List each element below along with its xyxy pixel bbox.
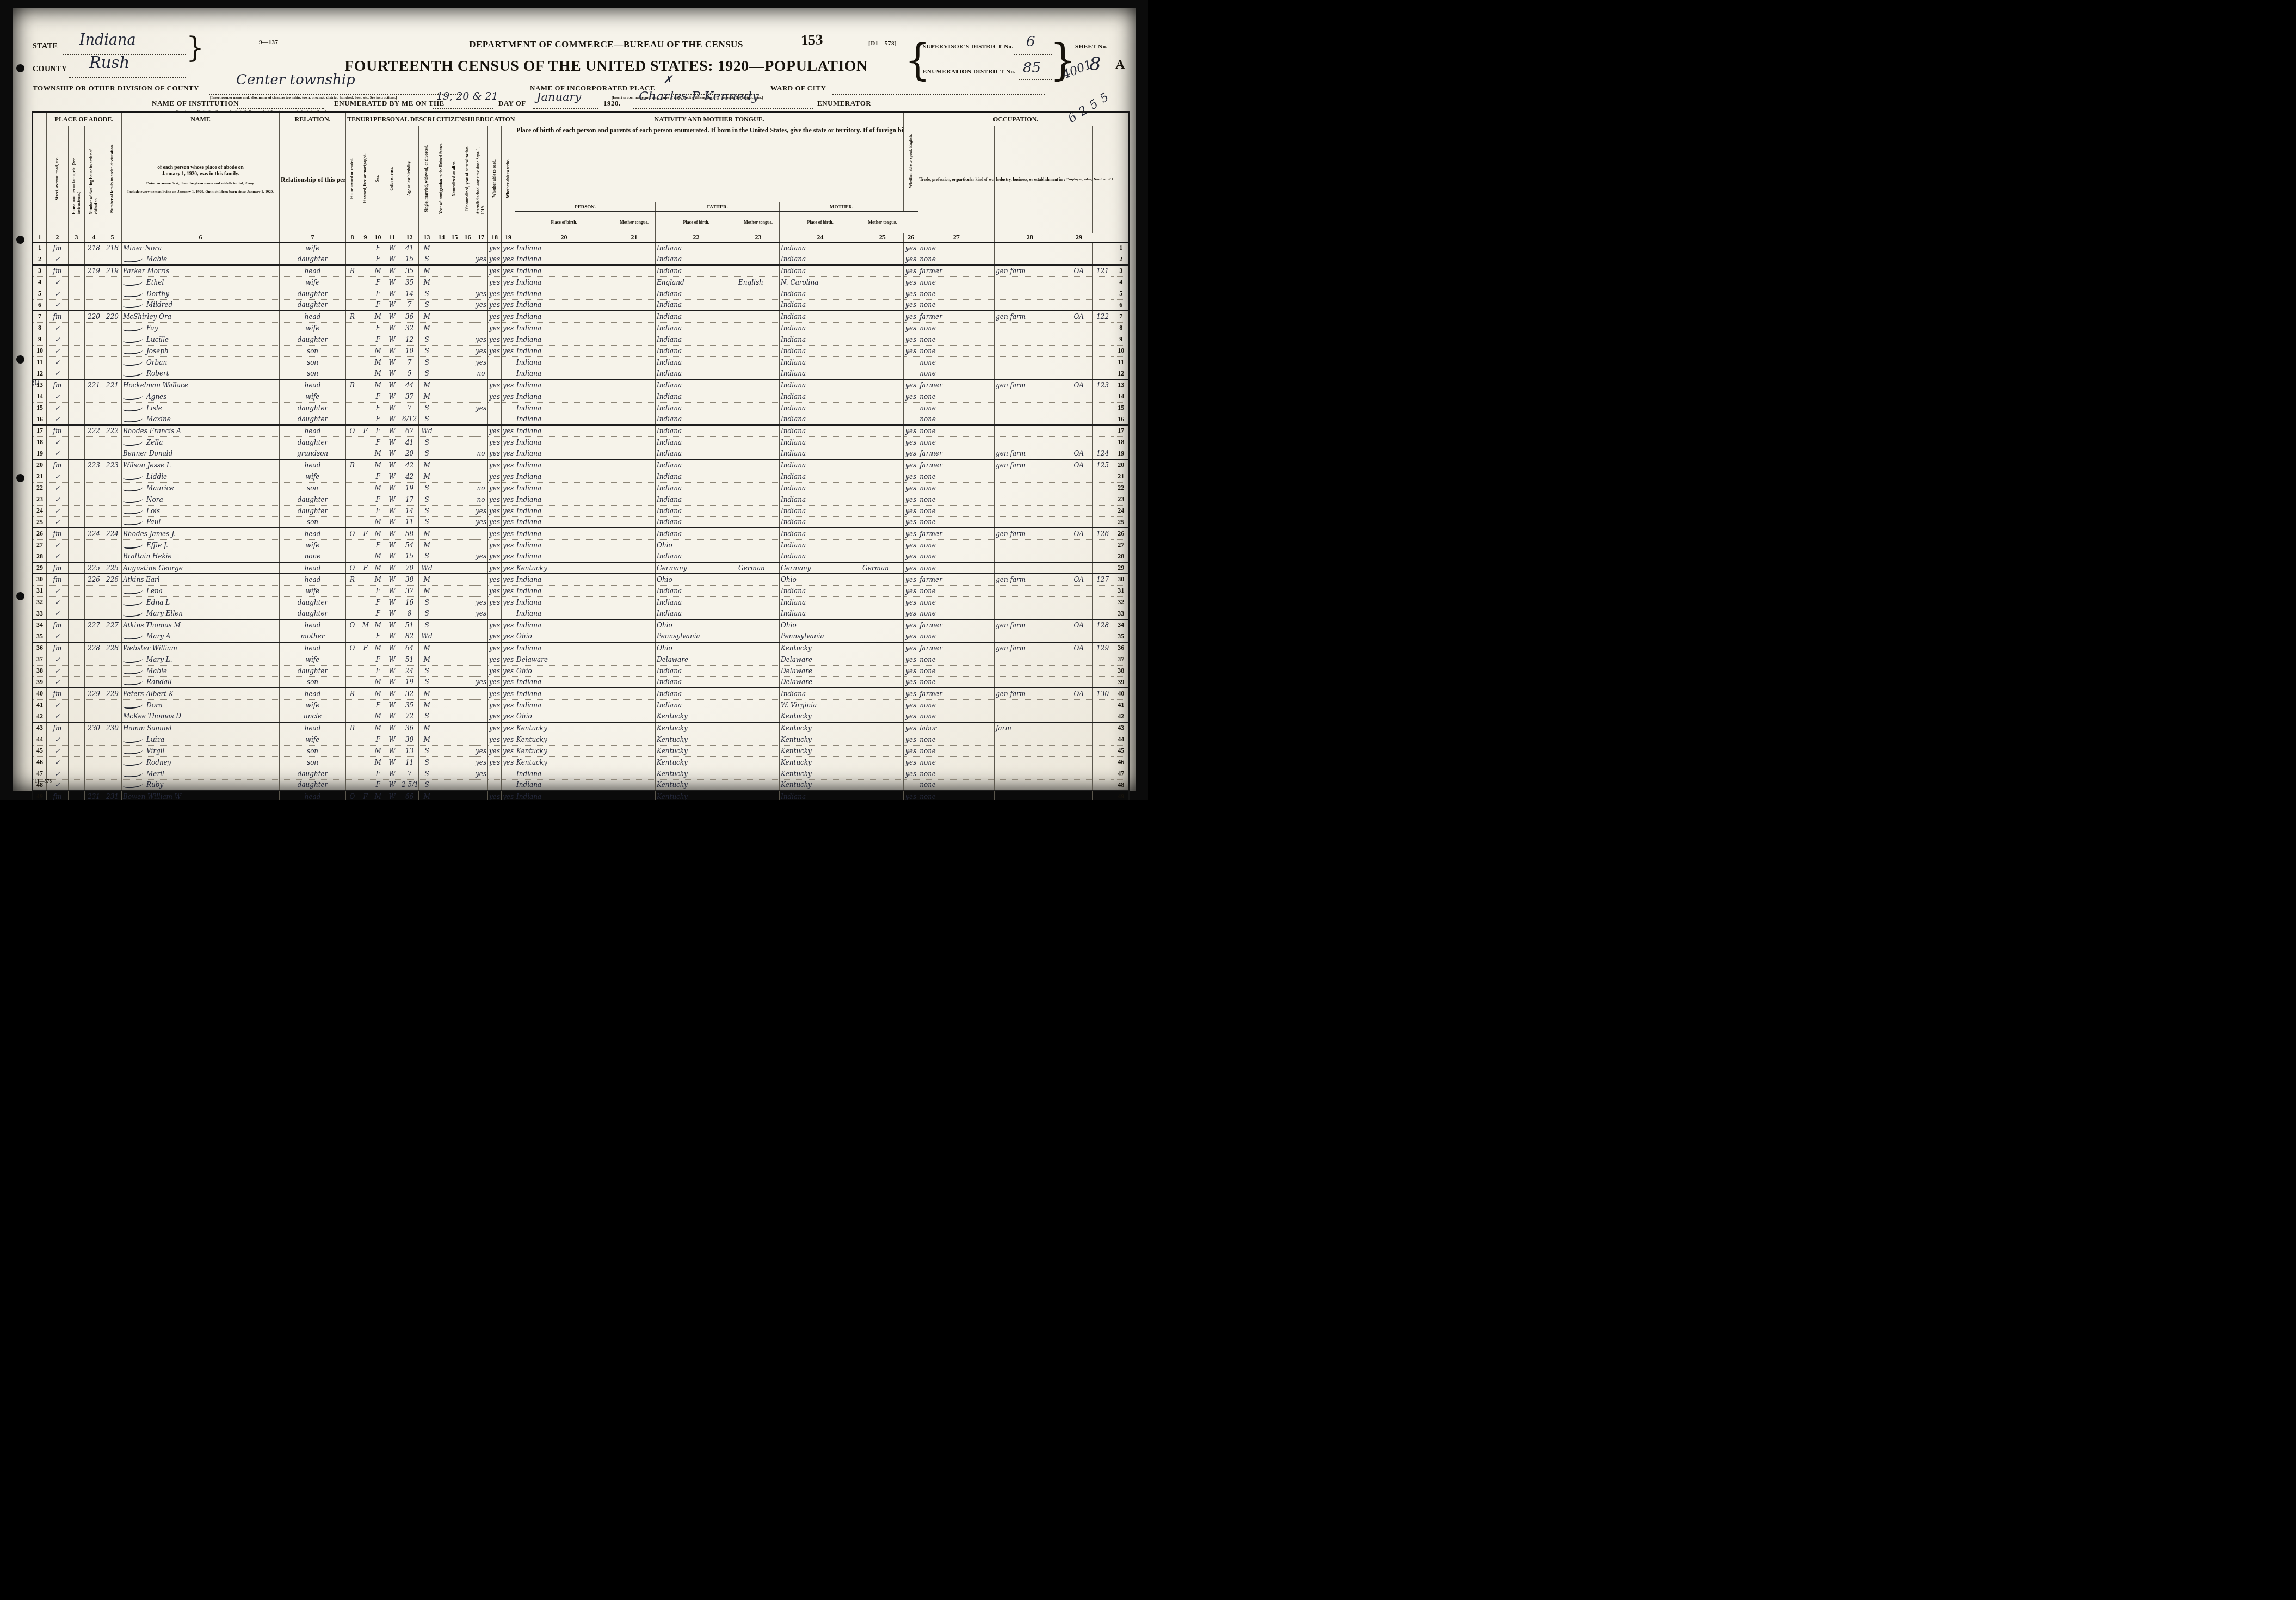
census-row: 14✓AgneswifeFW37MyesyesIndianaIndianaInd… bbox=[33, 391, 1130, 402]
person-name: Mable bbox=[122, 254, 280, 265]
line-number-header bbox=[33, 112, 47, 233]
ditto-dash bbox=[123, 393, 143, 401]
line-number: 13000 bbox=[1113, 379, 1130, 391]
census-row: 39✓RandallsonMW19SyesyesyesIndianaIndian… bbox=[33, 676, 1130, 688]
census-rows: 1fm218218Miner NorawifeFW41MyesyesIndian… bbox=[33, 242, 1130, 800]
ditto-dash bbox=[123, 256, 143, 263]
line-number: 20000 bbox=[1113, 459, 1130, 471]
person-birthplace: Indiana bbox=[515, 608, 613, 619]
column-number: 13 bbox=[419, 233, 435, 243]
county-line bbox=[69, 76, 186, 78]
line-number: 37 bbox=[1113, 654, 1130, 665]
col-speak-english: Whether able to speak English. bbox=[904, 112, 918, 212]
col-color-race: Color or race. bbox=[384, 126, 400, 233]
person-birthplace: Indiana bbox=[515, 676, 613, 688]
ditto-dash bbox=[123, 301, 143, 309]
census-row: 13Jan 20fm221221Hockelman WallaceheadRMW… bbox=[33, 379, 1130, 391]
line-number: 8 bbox=[33, 322, 47, 334]
person-name: Atkins Earl bbox=[122, 574, 280, 585]
person-birthplace: Indiana bbox=[515, 414, 613, 425]
col-able-to-read: Whether able to read. bbox=[488, 126, 502, 233]
line-number: 21 bbox=[33, 471, 47, 482]
person-name: Rodney bbox=[122, 756, 280, 768]
column-number: 12 bbox=[400, 233, 419, 243]
ditto-dash bbox=[123, 599, 143, 606]
line-number: 26000 bbox=[1113, 528, 1130, 539]
line-number: 33000 bbox=[1113, 265, 1130, 276]
group-person: PERSON. bbox=[515, 202, 656, 212]
person-birthplace: Indiana bbox=[515, 768, 613, 779]
census-row: 17fm222222Rhodes Francis AheadOFFW67Wdye… bbox=[33, 425, 1130, 436]
census-row: 7fm220220McShirley OraheadRMW36MyesyesIn… bbox=[33, 311, 1130, 322]
ditto-dash bbox=[123, 781, 143, 789]
line-number: 10 bbox=[1113, 345, 1130, 356]
father-birthplace-header: Place of birth. bbox=[656, 212, 737, 233]
person-name: Mable bbox=[122, 665, 280, 676]
person-name: Mary A bbox=[122, 631, 280, 642]
person-birthplace: Kentucky bbox=[515, 562, 613, 574]
line-number: 45 bbox=[33, 745, 47, 756]
band-citizenship: CITIZENSHIP. bbox=[435, 112, 474, 126]
line-number: 33 bbox=[33, 608, 47, 619]
person-name: Webster William bbox=[122, 642, 280, 654]
person-birthplace: Indiana bbox=[515, 574, 613, 585]
col-dwelling-number: Number of dwelling house in order of vis… bbox=[85, 126, 103, 233]
ditto-dash bbox=[123, 588, 143, 595]
band-tenure: TENURE. bbox=[346, 112, 372, 126]
person-name: Benner Donald bbox=[122, 448, 280, 459]
census-row: 26fm224224Rhodes James J.headOFMW58Myesy… bbox=[33, 528, 1130, 539]
census-row: 34fm227227Atkins Thomas MheadOMMW51Syesy… bbox=[33, 619, 1130, 631]
year-value: 1920. bbox=[603, 99, 621, 108]
person-birthplace: Indiana bbox=[515, 699, 613, 711]
census-row: 3fm219219Parker MorrisheadRMW35MyesyesIn… bbox=[33, 265, 1130, 276]
person-name: McKee Thomas D bbox=[122, 711, 280, 722]
line-number: 29 bbox=[33, 562, 47, 574]
person-birthplace: Indiana bbox=[515, 448, 613, 459]
census-row: 30fm226226Atkins EarlheadRMW38MyesyesInd… bbox=[33, 574, 1130, 585]
line-number: 4 bbox=[33, 276, 47, 288]
line-number: 47 bbox=[33, 768, 47, 779]
census-row: 19✓Benner DonaldgrandsonMW20SnoyesyesInd… bbox=[33, 448, 1130, 459]
day-of-label: DAY OF bbox=[498, 99, 526, 108]
col-home-owned: Home owned or rented. bbox=[346, 126, 359, 233]
column-number: 23 bbox=[737, 233, 780, 243]
ditto-dash bbox=[123, 656, 143, 663]
person-birthplace: Indiana bbox=[515, 322, 613, 334]
group-mother: MOTHER. bbox=[780, 202, 904, 212]
col-naturalized: Naturalized or alien. bbox=[448, 126, 461, 233]
line-number: 19000 bbox=[1113, 448, 1130, 459]
line-number: 49 bbox=[33, 791, 47, 800]
line-number: 42 bbox=[1113, 711, 1130, 722]
line-number: 11 bbox=[33, 356, 47, 368]
census-row: 5✓DorthydaughterFW14SyesyesyesIndianaInd… bbox=[33, 288, 1130, 299]
person-birthplace: Indiana bbox=[515, 242, 613, 254]
person-birthplace: Indiana bbox=[515, 356, 613, 368]
census-row: 35✓Mary AmotherFW82WdyesyesOhioPennsylva… bbox=[33, 631, 1130, 642]
line-number: 43 bbox=[33, 722, 47, 734]
line-number: 27 bbox=[1113, 539, 1130, 551]
person-name: Atkins Thomas M bbox=[122, 619, 280, 631]
person-birthplace: Ohio bbox=[515, 665, 613, 676]
person-name: McShirley Ora bbox=[122, 311, 280, 322]
person-birthplace: Indiana bbox=[515, 299, 613, 311]
line-number: 3 bbox=[33, 265, 47, 276]
township-value: Center township bbox=[236, 72, 355, 88]
line-number: 40000 bbox=[1113, 688, 1130, 699]
person-birthplace: Kentucky bbox=[515, 756, 613, 768]
census-row: 32✓Edna LdaughterFW16SyesyesyesIndianaIn… bbox=[33, 596, 1130, 608]
line-number: 35 bbox=[1113, 631, 1130, 642]
line-number: 14 bbox=[33, 391, 47, 402]
person-name: Nora bbox=[122, 494, 280, 505]
person-name: Edna L bbox=[122, 596, 280, 608]
ditto-dash bbox=[123, 325, 143, 332]
father-tongue-header: Mother tongue. bbox=[737, 212, 780, 233]
hole-punch-icon bbox=[16, 474, 24, 482]
person-name: Rhodes Francis A bbox=[122, 425, 280, 436]
line-number: 46 bbox=[33, 756, 47, 768]
census-row: 4✓EthelwifeFW35MyesyesIndianaEnglandEngl… bbox=[33, 276, 1130, 288]
band-nativity: NATIVITY AND MOTHER TONGUE. bbox=[515, 112, 904, 126]
col-farm-schedule-description: Number of farm schedule. bbox=[1093, 126, 1113, 233]
person-birthplace: Indiana bbox=[515, 459, 613, 471]
person-name: Fay bbox=[122, 322, 280, 334]
line-number: 36000 bbox=[1113, 642, 1130, 654]
person-name: Lena bbox=[122, 585, 280, 596]
ditto-dash bbox=[123, 416, 143, 423]
line-number: 44 bbox=[1113, 734, 1130, 745]
person-birthplace: Indiana bbox=[515, 265, 613, 276]
person-birthplace: Indiana bbox=[515, 311, 613, 322]
census-row: 22✓MauricesonMW19SnoyesyesIndianaIndiana… bbox=[33, 482, 1130, 494]
line-number: 1 bbox=[1113, 242, 1130, 254]
ditto-dash bbox=[123, 439, 143, 446]
sheet-label: SHEET No. bbox=[1075, 44, 1108, 50]
line-number: 16 bbox=[1113, 414, 1130, 425]
band-name: NAME bbox=[122, 112, 280, 126]
census-row: 33✓Mary EllendaughterFW8SyesIndianaIndia… bbox=[33, 608, 1130, 619]
line-number: 34000 bbox=[1113, 619, 1130, 631]
line-number: 7000 bbox=[1113, 311, 1130, 322]
ditto-dash bbox=[123, 370, 143, 377]
col-name-description: of each person whose place of abode on J… bbox=[122, 126, 280, 233]
ditto-dash bbox=[123, 405, 143, 412]
ward-line bbox=[832, 94, 1045, 95]
line-number: 12 bbox=[33, 368, 47, 379]
census-row: 29fm225225Augustine GeorgeheadOFMW70Wdye… bbox=[33, 562, 1130, 574]
line-number: 13Jan 20 bbox=[33, 379, 47, 391]
ditto-dash bbox=[123, 610, 143, 617]
census-row: 43fm230230Hamm SamuelheadRMW36MyesyesKen… bbox=[33, 722, 1130, 734]
person-name: Ethel bbox=[122, 276, 280, 288]
line-number: 10 bbox=[33, 345, 47, 356]
census-row: 31✓LenawifeFW37MyesyesIndianaIndianaIndi… bbox=[33, 585, 1130, 596]
line-number: 46 bbox=[1113, 756, 1130, 768]
month-value: January bbox=[536, 90, 581, 103]
line-number: 7 bbox=[33, 311, 47, 322]
person-name: Effie J. bbox=[122, 539, 280, 551]
line-number: 39 bbox=[33, 676, 47, 688]
line-number: 24 bbox=[1113, 505, 1130, 516]
column-number: 9 bbox=[359, 233, 372, 243]
person-name: Augustine George bbox=[122, 562, 280, 574]
col-street: Street, avenue, road, etc. bbox=[47, 126, 69, 233]
person-birthplace: Indiana bbox=[515, 619, 613, 631]
mother-tongue-header: Mother tongue. bbox=[861, 212, 904, 233]
ditto-dash bbox=[123, 748, 143, 755]
line-number: 35 bbox=[33, 631, 47, 642]
person-name: Luiza bbox=[122, 734, 280, 745]
col-attended-school: Attended school any time since Sept. 1, … bbox=[474, 126, 488, 233]
column-number: 4 bbox=[85, 233, 103, 243]
col-industry-description: Industry, business, or establishment in … bbox=[995, 126, 1065, 233]
census-row: 28✓Brattain HekienoneMW15SyesyesyesIndia… bbox=[33, 551, 1130, 562]
line-number: 27 bbox=[33, 539, 47, 551]
column-number: 15 bbox=[448, 233, 461, 243]
line-number: 33 bbox=[1113, 608, 1130, 619]
line-number: 45 bbox=[1113, 745, 1130, 756]
line-number: 23 bbox=[33, 494, 47, 505]
person-name: Hamm Samuel bbox=[122, 722, 280, 734]
line-number: 2 bbox=[33, 254, 47, 265]
person-birthplace: Indiana bbox=[515, 254, 613, 265]
line-number: 15 bbox=[1113, 402, 1130, 414]
enumerated-label: ENUMERATED BY ME ON THE bbox=[334, 99, 445, 108]
column-number: 17 bbox=[474, 233, 488, 243]
person-birthplace: Indiana bbox=[515, 288, 613, 299]
line-number: 30 bbox=[33, 574, 47, 585]
person-birthplace: Ohio bbox=[515, 631, 613, 642]
line-number: 21 bbox=[1113, 471, 1130, 482]
supervisor-district-value: 6 bbox=[1026, 34, 1035, 50]
census-row: 40fm229229Peters Albert KheadRMW32Myesye… bbox=[33, 688, 1130, 699]
line-number: 12 bbox=[1113, 368, 1130, 379]
person-name: Mary Ellen bbox=[122, 608, 280, 619]
person-birthplace: Indiana bbox=[515, 642, 613, 654]
ditto-dash bbox=[123, 359, 143, 366]
census-row: 1fm218218Miner NorawifeFW41MyesyesIndian… bbox=[33, 242, 1130, 254]
person-birthplace: Indiana bbox=[515, 345, 613, 356]
line-number: 17 bbox=[33, 425, 47, 436]
person-name: Rhodes James J. bbox=[122, 528, 280, 539]
county-value: Rush bbox=[89, 53, 129, 72]
person-birthplace: Delaware bbox=[515, 654, 613, 665]
line-number: 2 bbox=[1113, 254, 1130, 265]
line-number: 9 bbox=[33, 334, 47, 345]
brace-glyph: } bbox=[186, 32, 204, 64]
line-number: 18 bbox=[33, 436, 47, 448]
col-trade-description: Trade, profession, or particular kind of… bbox=[918, 126, 995, 233]
line-number: 9 bbox=[1113, 334, 1130, 345]
column-number: 16 bbox=[461, 233, 474, 243]
person-name: Virgil bbox=[122, 745, 280, 756]
column-number: 14 bbox=[435, 233, 448, 243]
census-row: 20fm223223Wilson Jesse LheadRMW42Myesyes… bbox=[33, 459, 1130, 471]
line-number: 25 bbox=[33, 516, 47, 528]
person-name: Lisle bbox=[122, 402, 280, 414]
days-line bbox=[433, 108, 493, 109]
line-number: 28 bbox=[33, 551, 47, 562]
column-number: 27 bbox=[918, 233, 995, 243]
person-birthplace: Indiana bbox=[515, 471, 613, 482]
line-number: 17 bbox=[1113, 425, 1130, 436]
person-name: Randall bbox=[122, 676, 280, 688]
person-birthplace: Indiana bbox=[515, 596, 613, 608]
census-row: 9✓LucilledaughterFW12SyesyesyesIndianaIn… bbox=[33, 334, 1130, 345]
line-number: 6 bbox=[1113, 299, 1130, 311]
line-number: 20 bbox=[33, 459, 47, 471]
ditto-dash bbox=[123, 348, 143, 355]
person-birthplace: Indiana bbox=[515, 494, 613, 505]
line-number: 39 bbox=[1113, 676, 1130, 688]
person-name: Lucille bbox=[122, 334, 280, 345]
person-birthplace: Kentucky bbox=[515, 722, 613, 734]
margin-note: Jan 20 bbox=[33, 379, 40, 391]
person-name: Meril bbox=[122, 768, 280, 779]
column-number: 19 bbox=[502, 233, 515, 243]
line-number: 19 bbox=[33, 448, 47, 459]
person-name: Brattain Hekie bbox=[122, 551, 280, 562]
nativity-note: Place of birth of each person and parent… bbox=[515, 126, 904, 202]
line-number: 32 bbox=[33, 596, 47, 608]
col-marital-status: Single, married, widowed, or divorced. bbox=[419, 126, 435, 233]
band-personal-description: PERSONAL DESCRIPTION. bbox=[372, 112, 435, 126]
person-name: Maurice bbox=[122, 482, 280, 494]
census-scan: STATE Indiana } 9—137 DEPARTMENT OF COMM… bbox=[0, 0, 1148, 800]
person-name: Peters Albert K bbox=[122, 688, 280, 699]
col-age: Age at last birthday. bbox=[400, 126, 419, 233]
line-number: 43612 bbox=[1113, 722, 1130, 734]
census-row: 46✓RodneysonMW11SyesyesyesKentuckyKentuc… bbox=[33, 756, 1130, 768]
column-number: 3 bbox=[69, 233, 85, 243]
ditto-dash bbox=[123, 736, 143, 743]
person-name: Agnes bbox=[122, 391, 280, 402]
column-number: 29 bbox=[1065, 233, 1093, 243]
line-number: 49 bbox=[1113, 791, 1130, 800]
line-number: 44 bbox=[33, 734, 47, 745]
ditto-dash bbox=[123, 473, 143, 481]
line-number: 22 bbox=[1113, 482, 1130, 494]
column-number: 2 bbox=[47, 233, 69, 243]
line-number: 34 bbox=[33, 619, 47, 631]
line-number: 38 bbox=[1113, 665, 1130, 676]
line-number-header bbox=[1113, 112, 1130, 233]
enumerator-label: ENUMERATOR bbox=[817, 99, 871, 108]
line-number: 29 bbox=[1113, 562, 1130, 574]
person-birthplace: Indiana bbox=[515, 402, 613, 414]
person-birthplace-header: Place of birth. bbox=[515, 212, 613, 233]
col-able-to-write: Whether able to write. bbox=[502, 126, 515, 233]
census-row: 27✓Effie J.wifeFW54MyesyesIndianaOhioInd… bbox=[33, 539, 1130, 551]
person-birthplace: Indiana bbox=[515, 551, 613, 562]
census-row: 16✓MaxinedaughterFW6/12SIndianaIndianaIn… bbox=[33, 414, 1130, 425]
line-number: 14 bbox=[1113, 391, 1130, 402]
enumeration-line bbox=[1019, 78, 1052, 80]
person-birthplace: Indiana bbox=[515, 334, 613, 345]
line-number: 30000 bbox=[1113, 574, 1130, 585]
column-number: 26 bbox=[904, 233, 918, 243]
person-birthplace: Ohio bbox=[515, 711, 613, 722]
ditto-dash bbox=[123, 679, 143, 686]
person-birthplace: Indiana bbox=[515, 528, 613, 539]
person-birthplace: Indiana bbox=[515, 779, 613, 791]
line-number: 11 bbox=[1113, 356, 1130, 368]
census-row: 21✓LiddiewifeFW42MyesyesIndianaIndianaIn… bbox=[33, 471, 1130, 482]
incorporated-mark: ✗ bbox=[663, 73, 672, 86]
ditto-dash bbox=[123, 485, 143, 492]
supervisor-line bbox=[1014, 53, 1052, 55]
line-number: 38 bbox=[33, 665, 47, 676]
census-row: 6✓MildreddaughterFW7SyesyesyesIndianaInd… bbox=[33, 299, 1130, 311]
plate-code: [D1—578] bbox=[868, 40, 897, 47]
form-code: 9—137 bbox=[259, 39, 279, 46]
ditto-dash bbox=[123, 759, 143, 766]
census-row: 8✓FaywifeFW32MyesyesIndianaIndianaIndian… bbox=[33, 322, 1130, 334]
column-number: 24 bbox=[780, 233, 861, 243]
institution-line bbox=[237, 108, 324, 109]
township-label: TOWNSHIP OR OTHER DIVISION OF COUNTY bbox=[33, 84, 199, 93]
line-number: 23 bbox=[1113, 494, 1130, 505]
census-row: 11✓OrbansonMW7SyesIndianaIndianaIndianan… bbox=[33, 356, 1130, 368]
person-name: Dora bbox=[122, 699, 280, 711]
person-name: Maxine bbox=[122, 414, 280, 425]
line-number: 41 bbox=[33, 699, 47, 711]
hole-punch-icon bbox=[16, 236, 24, 244]
census-row: 2✓MabledaughterFW15SyesyesyesIndianaIndi… bbox=[33, 254, 1130, 265]
line-number: 15 bbox=[33, 402, 47, 414]
ditto-dash bbox=[123, 519, 143, 526]
person-birthplace: Indiana bbox=[515, 585, 613, 596]
line-number: 25 bbox=[1113, 516, 1130, 528]
census-row: 37✓Mary L.wifeFW51MyesyesDelawareDelawar… bbox=[33, 654, 1130, 665]
person-birthplace: Indiana bbox=[515, 391, 613, 402]
col-free-mortgaged: If owned, free or mortgaged. bbox=[359, 126, 372, 233]
hole-punch-icon bbox=[16, 355, 24, 364]
signature-line bbox=[633, 108, 813, 109]
band-education: EDUCATION. bbox=[474, 112, 515, 126]
line-number: 47 bbox=[1113, 768, 1130, 779]
state-value: Indiana bbox=[79, 32, 136, 48]
person-name: Mary L. bbox=[122, 654, 280, 665]
page-stamp: 153 bbox=[800, 31, 823, 48]
ditto-dash bbox=[123, 633, 143, 640]
enumeration-district-value: 85 bbox=[1023, 60, 1041, 76]
census-row: 38✓MabledaughterFW24SyesyesOhioIndianaDe… bbox=[33, 665, 1130, 676]
state-label: STATE bbox=[33, 42, 58, 51]
ditto-dash bbox=[123, 508, 143, 515]
sheet-letter: A bbox=[1115, 58, 1125, 72]
line-number: 4 bbox=[1113, 276, 1130, 288]
person-birthplace: Indiana bbox=[515, 688, 613, 699]
line-number: 5 bbox=[1113, 288, 1130, 299]
person-birthplace: Indiana bbox=[515, 539, 613, 551]
enumeration-district-label: ENUMERATION DISTRICT No. bbox=[923, 69, 1016, 75]
col-naturalization-year: If naturalized, year of naturalization. bbox=[461, 126, 474, 233]
census-row: 45✓VirgilsonMW13SyesyesyesKentuckyKentuc… bbox=[33, 745, 1130, 756]
ditto-dash bbox=[123, 336, 143, 343]
census-sheet: STATE Indiana } 9—137 DEPARTMENT OF COMM… bbox=[13, 8, 1136, 791]
census-row: 18✓ZelladaughterFW41SyesyesIndianaIndian… bbox=[33, 436, 1130, 448]
column-number: 28 bbox=[995, 233, 1065, 243]
column-number: 11 bbox=[384, 233, 400, 243]
person-name: Hockelman Wallace bbox=[122, 379, 280, 391]
census-row: 44✓LuizawifeFW30MyesyesKentuckyKentuckyK… bbox=[33, 734, 1130, 745]
census-row: 49fm231231Bowen William WheadOFMW66Myesy… bbox=[33, 791, 1130, 800]
col-house-number: House number or farm, etc. (See instruct… bbox=[69, 126, 85, 233]
line-number: 48 bbox=[1113, 779, 1130, 791]
